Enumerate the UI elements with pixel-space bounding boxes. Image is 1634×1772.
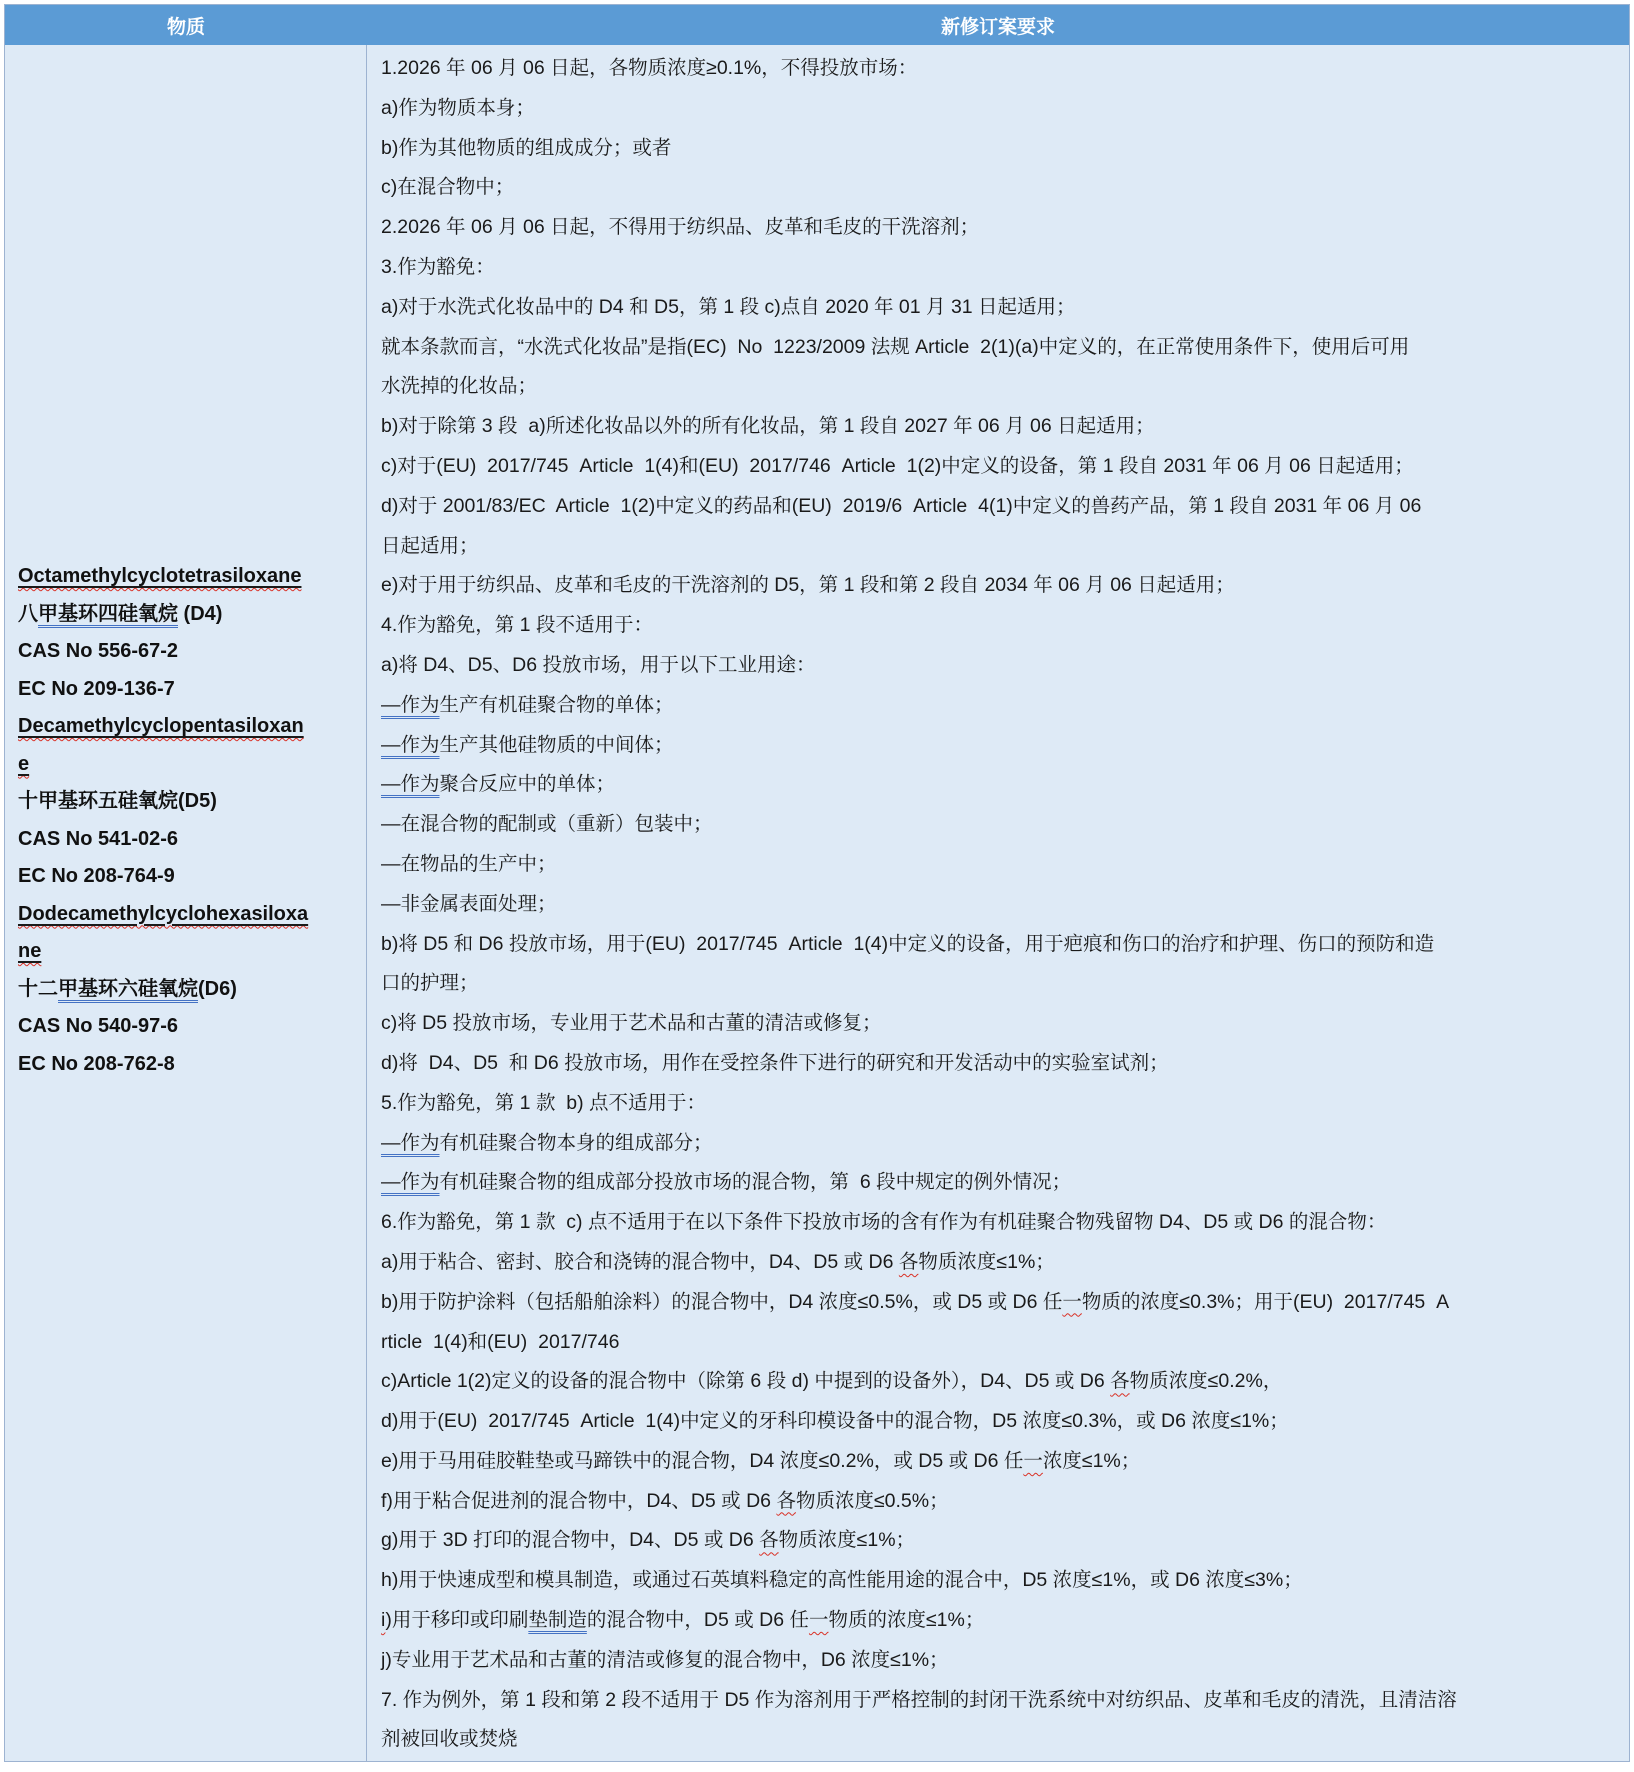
text-line: b)将 D5 和 D6 投放市场，用于(EU) 2017/745 Article… [381, 925, 1621, 965]
text-segment: (D4) [178, 603, 222, 625]
text-segment: 的混合物中，D5 或 D6 任 [587, 1609, 809, 1631]
text-line: 7. 作为例外，第 1 段和第 2 段不适用于 D5 作为溶剂用于严格控制的封闭… [381, 1681, 1621, 1721]
text-segment: f)用于粘合促进剂的混合物中，D4、D5 或 D6 [381, 1490, 776, 1512]
text-segment: 物质的浓度≤1%； [828, 1609, 984, 1631]
text-segment: b)将 D5 和 D6 投放市场，用于(EU) 2017/745 Article… [381, 933, 1434, 955]
requirement-cell: 1.2026 年 06 月 06 日起，各物质浓度≥0.1%，不得投放市场：a)… [367, 45, 1629, 1761]
text-segment: 有机硅聚合物的组成部分投放市场的混合物，第 6 段中规定的例外情况； [440, 1171, 1072, 1193]
text-segment: a)将 D4、D5、D6 投放市场，用于以下工业用途： [381, 654, 815, 676]
text-line: rticle 1(4)和(EU) 2017/746 [381, 1323, 1621, 1363]
text-segment: 浓度≤1%； [1043, 1450, 1140, 1472]
table-body-row: Octamethylcyclotetrasiloxane八甲基环四硅氧烷 (D4… [5, 45, 1629, 1761]
text-line: b)对于除第 3 段 a)所述化妆品以外的所有化妆品，第 1 段自 2027 年… [381, 407, 1621, 447]
text-segment: e)对于用于纺织品、皮革和毛皮的干洗溶剂的 D5，第 1 段和第 2 段自 20… [381, 574, 1235, 596]
text-segment: 有机硅聚合物本身的组成部分； [440, 1132, 713, 1154]
spellcheck-underline: 一 [1023, 1450, 1043, 1472]
text-line: d)对于 2001/83/EC Article 1(2)中定义的药品和(EU) … [381, 487, 1621, 527]
underlined-text: Decamethylcyclopentasiloxan [18, 715, 304, 737]
text-segment: d)将 D4、D5 和 D6 投放市场，用作在受控条件下进行的研究和开发活动中的… [381, 1052, 1169, 1074]
text-line: f)用于粘合促进剂的混合物中，D4、D5 或 D6 各物质浓度≤0.5%； [381, 1482, 1621, 1522]
text-line: CAS No 541-02-6 [18, 821, 356, 859]
text-segment: 6.作为豁免，第 1 款 c) 点不适用于在以下条件下投放市场的含有作为有机硅聚… [381, 1211, 1386, 1233]
text-line: EC No 208-764-9 [18, 858, 356, 896]
text-line: 4.作为豁免，第 1 段不适用于： [381, 606, 1621, 646]
substance-cell: Octamethylcyclotetrasiloxane八甲基环四硅氧烷 (D4… [5, 45, 367, 1761]
regulation-table: 物质 新修订案要求 Octamethylcyclotetrasiloxane八甲… [4, 4, 1630, 1762]
text-segment: 4.作为豁免，第 1 段不适用于： [381, 614, 653, 636]
text-segment: 十甲基环五硅氧烷(D5) [18, 790, 217, 812]
header-requirement-column: 新修订案要求 [367, 5, 1629, 45]
text-line: g)用于 3D 打印的混合物中，D4、D5 或 D6 各物质浓度≤1%； [381, 1521, 1621, 1561]
text-line: 5.作为豁免，第 1 款 b) 点不适用于： [381, 1084, 1621, 1124]
text-segment: —非金属表面处理； [381, 893, 557, 915]
table-header-row: 物质 新修订案要求 [5, 5, 1629, 45]
grammar-underline: —作为 [381, 694, 440, 716]
text-segment: c)将 D5 投放市场，专业用于艺术品和古董的清洁或修复； [381, 1012, 882, 1034]
text-line: —作为生产其他硅物质的中间体； [381, 726, 1621, 766]
text-segment: )用于移印或印刷 [385, 1609, 528, 1631]
text-line: j)专业用于艺术品和古董的清洁或修复的混合物中，D6 浓度≤1%； [381, 1641, 1621, 1681]
text-line: ne [18, 933, 356, 971]
text-line: Octamethylcyclotetrasiloxane [18, 558, 356, 596]
text-line: EC No 209-136-7 [18, 671, 356, 709]
text-line: 八甲基环四硅氧烷 (D4) [18, 596, 356, 634]
text-segment: 聚合反应中的单体； [440, 773, 616, 795]
spellcheck-underline: ne [18, 940, 41, 962]
spellcheck-underline: 各 [776, 1490, 796, 1512]
text-segment: 物质浓度≤1%； [779, 1529, 915, 1551]
text-segment: 物质浓度≤1%； [918, 1251, 1054, 1273]
text-line: 十甲基环五硅氧烷(D5) [18, 783, 356, 821]
text-segment: —在物品的生产中； [381, 853, 557, 875]
text-line: d)将 D4、D5 和 D6 投放市场，用作在受控条件下进行的研究和开发活动中的… [381, 1044, 1621, 1084]
text-segment: (D6) [198, 978, 237, 1000]
text-line: a)作为物质本身； [381, 89, 1621, 129]
text-line: 水洗掉的化妆品； [381, 367, 1621, 407]
text-line: —作为有机硅聚合物本身的组成部分； [381, 1124, 1621, 1164]
text-segment: 就本条款而言，“水洗式化妆品”是指(EC) No 1223/2009 法规 Ar… [381, 336, 1409, 358]
text-segment: 3.作为豁免： [381, 256, 495, 278]
text-line: b)用于防护涂料（包括船舶涂料）的混合物中，D4 浓度≤0.5%，或 D5 或 … [381, 1283, 1621, 1323]
spellcheck-underline: Dodecamethylcyclohexasiloxa [18, 903, 308, 925]
text-line: EC No 208-762-8 [18, 1046, 356, 1084]
text-line: CAS No 540-97-6 [18, 1008, 356, 1046]
text-line: e [18, 746, 356, 784]
text-line: e)对于用于纺织品、皮革和毛皮的干洗溶剂的 D5，第 1 段和第 2 段自 20… [381, 566, 1621, 606]
text-line: c)对于(EU) 2017/745 Article 1(4)和(EU) 2017… [381, 447, 1621, 487]
text-line: a)用于粘合、密封、胶合和浇铸的混合物中，D4、D5 或 D6 各物质浓度≤1%… [381, 1243, 1621, 1283]
document-page: 物质 新修订案要求 Octamethylcyclotetrasiloxane八甲… [0, 0, 1634, 1772]
text-line: 十二甲基环六硅氧烷(D6) [18, 971, 356, 1009]
text-segment: CAS No 541-02-6 [18, 828, 178, 850]
underlined-text: e [18, 753, 29, 775]
text-segment: c)Article 1(2)定义的设备的混合物中（除第 6 段 d) 中提到的设… [381, 1370, 1110, 1392]
text-segment: 剂被回收或焚烧 [381, 1728, 518, 1750]
text-segment: 口的护理； [381, 972, 479, 994]
text-segment: a)用于粘合、密封、胶合和浇铸的混合物中，D4、D5 或 D6 [381, 1251, 899, 1273]
text-segment: 物质浓度≤0.2%， [1130, 1370, 1283, 1392]
underlined-text: Dodecamethylcyclohexasiloxa [18, 903, 308, 925]
text-segment: —在混合物的配制或（重新）包装中； [381, 813, 713, 835]
text-segment: CAS No 540-97-6 [18, 1015, 178, 1037]
underlined-text: Octamethylcyclotetrasiloxane [18, 565, 301, 587]
text-segment: 生产其他硅物质的中间体； [440, 734, 674, 756]
spellcheck-underline: 各 [1110, 1370, 1130, 1392]
grammar-underline: —作为 [381, 1171, 440, 1193]
text-segment: d)用于(EU) 2017/745 Article 1(4)中定义的牙科印模设备… [381, 1410, 1289, 1432]
text-line: c)在混合物中； [381, 168, 1621, 208]
text-segment: b)作为其他物质的组成成分；或者 [381, 137, 671, 159]
text-line: 3.作为豁免： [381, 248, 1621, 288]
text-segment: a)对于水洗式化妆品中的 D4 和 D5，第 1 段 c)点自 2020 年 0… [381, 296, 1076, 318]
text-segment: EC No 208-764-9 [18, 865, 175, 887]
grammar-underline: —作为 [381, 773, 440, 795]
spellcheck-underline: 一 [1062, 1291, 1082, 1313]
text-line: 2.2026 年 06 月 06 日起，不得用于纺织品、皮革和毛皮的干洗溶剂； [381, 208, 1621, 248]
text-segment: a)作为物质本身； [381, 97, 535, 119]
grammar-underline: —作为 [381, 734, 440, 756]
grammar-underline: 甲基环四硅氧烷 [38, 603, 178, 625]
text-segment: c)在混合物中； [381, 176, 514, 198]
text-line: 1.2026 年 06 月 06 日起，各物质浓度≥0.1%，不得投放市场： [381, 49, 1621, 89]
grammar-underline: 垫制造 [528, 1609, 587, 1631]
text-segment: 八 [18, 603, 38, 625]
underlined-text: ne [18, 940, 41, 962]
text-line: 就本条款而言，“水洗式化妆品”是指(EC) No 1223/2009 法规 Ar… [381, 328, 1621, 368]
text-segment: b)用于防护涂料（包括船舶涂料）的混合物中，D4 浓度≤0.5%，或 D5 或 … [381, 1291, 1062, 1313]
text-segment: EC No 209-136-7 [18, 678, 175, 700]
text-line: a)对于水洗式化妆品中的 D4 和 D5，第 1 段 c)点自 2020 年 0… [381, 288, 1621, 328]
text-segment: h)用于快速成型和模具制造，或通过石英填料稳定的高性能用途的混合中，D5 浓度≤… [381, 1569, 1303, 1591]
grammar-underline: 甲基环六硅氧烷 [58, 978, 198, 1000]
text-line: —作为有机硅聚合物的组成部分投放市场的混合物，第 6 段中规定的例外情况； [381, 1163, 1621, 1203]
text-line: —作为生产有机硅聚合物的单体； [381, 686, 1621, 726]
text-segment: rticle 1(4)和(EU) 2017/746 [381, 1331, 619, 1353]
text-segment: 5.作为豁免，第 1 款 b) 点不适用于： [381, 1092, 706, 1114]
header-substance-column: 物质 [5, 5, 367, 45]
text-segment: 7. 作为例外，第 1 段和第 2 段不适用于 D5 作为溶剂用于严格控制的封闭… [381, 1689, 1457, 1711]
text-segment: 1.2026 年 06 月 06 日起，各物质浓度≥0.1%，不得投放市场： [381, 57, 917, 79]
text-segment: e)用于马用硅胶鞋垫或马蹄铁中的混合物，D4 浓度≤0.2%，或 D5 或 D6… [381, 1450, 1023, 1472]
text-line: —非金属表面处理； [381, 885, 1621, 925]
text-line: i)用于移印或印刷垫制造的混合物中，D5 或 D6 任一物质的浓度≤1%； [381, 1601, 1621, 1641]
text-segment: 2.2026 年 06 月 06 日起，不得用于纺织品、皮革和毛皮的干洗溶剂； [381, 216, 979, 238]
text-line: —作为聚合反应中的单体； [381, 765, 1621, 805]
text-segment: 物质浓度≤0.5%； [796, 1490, 949, 1512]
text-line: 日起适用； [381, 527, 1621, 567]
spellcheck-underline: 各 [899, 1251, 919, 1273]
text-line: d)用于(EU) 2017/745 Article 1(4)中定义的牙科印模设备… [381, 1402, 1621, 1442]
text-segment: CAS No 556-67-2 [18, 640, 178, 662]
text-line: —在物品的生产中； [381, 845, 1621, 885]
text-segment: b)对于除第 3 段 a)所述化妆品以外的所有化妆品，第 1 段自 2027 年… [381, 415, 1155, 437]
text-line: 剂被回收或焚烧 [381, 1720, 1621, 1760]
text-segment: 生产有机硅聚合物的单体； [440, 694, 674, 716]
text-segment: d)对于 2001/83/EC Article 1(2)中定义的药品和(EU) … [381, 495, 1421, 517]
text-line: Dodecamethylcyclohexasiloxa [18, 896, 356, 934]
text-line: h)用于快速成型和模具制造，或通过石英填料稳定的高性能用途的混合中，D5 浓度≤… [381, 1561, 1621, 1601]
spellcheck-underline: 一 [809, 1609, 829, 1631]
text-segment: 日起适用； [381, 535, 479, 557]
text-line: c)将 D5 投放市场，专业用于艺术品和古董的清洁或修复； [381, 1004, 1621, 1044]
text-line: 6.作为豁免，第 1 款 c) 点不适用于在以下条件下投放市场的含有作为有机硅聚… [381, 1203, 1621, 1243]
text-line: Decamethylcyclopentasiloxan [18, 708, 356, 746]
text-line: b)作为其他物质的组成成分；或者 [381, 129, 1621, 169]
text-segment: 物质的浓度≤0.3%；用于(EU) 2017/745 A [1082, 1291, 1449, 1313]
text-line: CAS No 556-67-2 [18, 633, 356, 671]
text-line: —在混合物的配制或（重新）包装中； [381, 805, 1621, 845]
text-line: 口的护理； [381, 964, 1621, 1004]
spellcheck-underline: Octamethylcyclotetrasiloxane [18, 565, 301, 587]
text-segment: g)用于 3D 打印的混合物中，D4、D5 或 D6 [381, 1529, 759, 1551]
spellcheck-underline: Decamethylcyclopentasiloxan [18, 715, 304, 737]
text-line: e)用于马用硅胶鞋垫或马蹄铁中的混合物，D4 浓度≤0.2%，或 D5 或 D6… [381, 1442, 1621, 1482]
text-line: c)Article 1(2)定义的设备的混合物中（除第 6 段 d) 中提到的设… [381, 1362, 1621, 1402]
text-segment: 水洗掉的化妆品； [381, 375, 537, 397]
spellcheck-underline: e [18, 753, 29, 775]
text-segment: c)对于(EU) 2017/745 Article 1(4)和(EU) 2017… [381, 455, 1414, 477]
text-segment: j)专业用于艺术品和古董的清洁或修复的混合物中，D6 浓度≤1%； [381, 1649, 949, 1671]
text-segment: EC No 208-762-8 [18, 1053, 175, 1075]
text-line: a)将 D4、D5、D6 投放市场，用于以下工业用途： [381, 646, 1621, 686]
grammar-underline: —作为 [381, 1132, 440, 1154]
text-segment: 十二 [18, 978, 58, 1000]
spellcheck-underline: 各 [759, 1529, 779, 1551]
